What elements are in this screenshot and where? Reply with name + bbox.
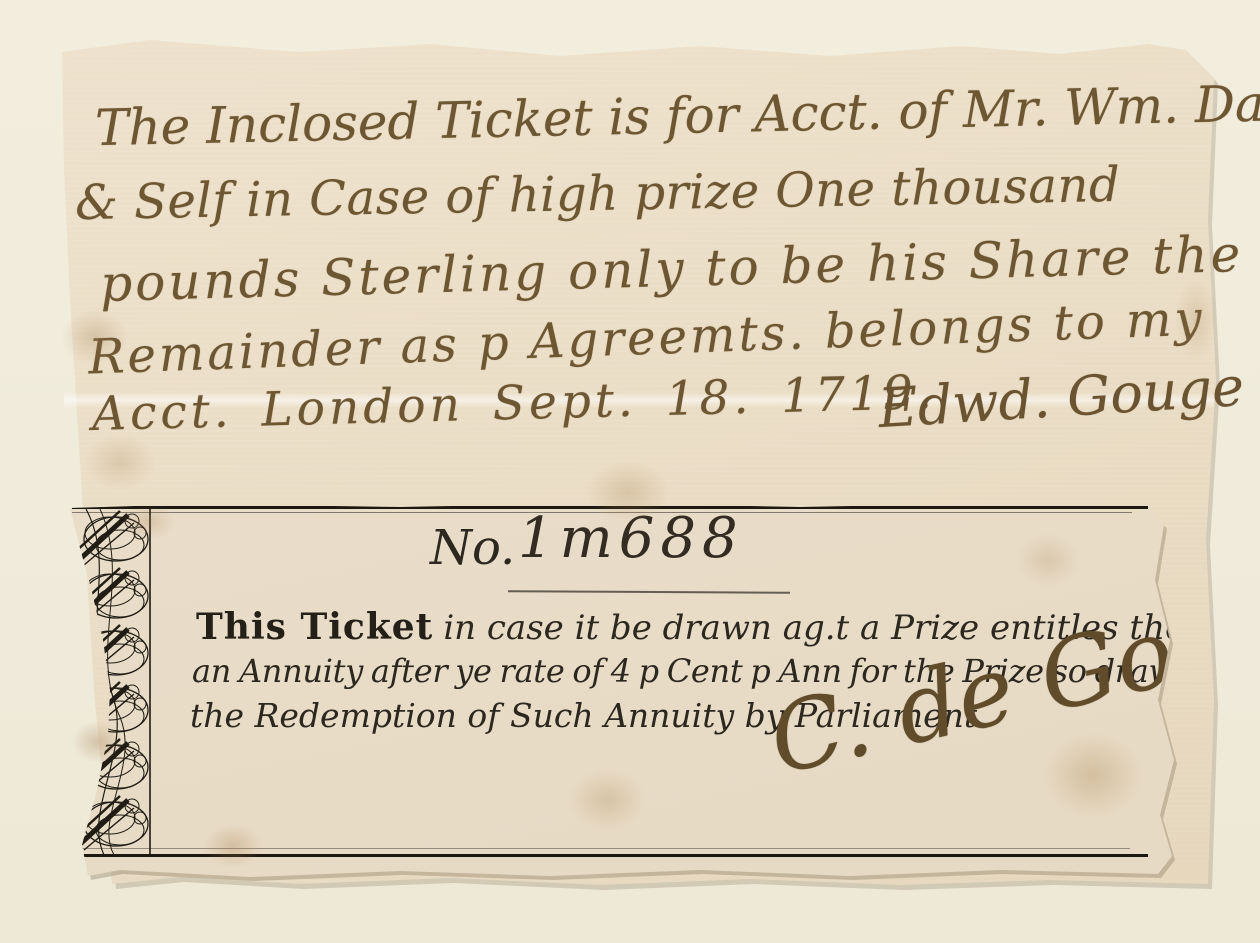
ticket-number-label: No. — [430, 520, 515, 576]
ticket-border-bottom-hairline — [80, 848, 1130, 849]
ticket-number-underline — [508, 590, 790, 593]
ticket-border-bottom — [70, 854, 1148, 857]
mount-board: The Inclosed Ticket is for Acct. of Mr. … — [0, 0, 1260, 943]
ticket-number: 1m688 — [518, 506, 744, 571]
scrollwork-ornament — [74, 509, 150, 855]
ticket-body-lead: This Ticket — [196, 606, 433, 648]
